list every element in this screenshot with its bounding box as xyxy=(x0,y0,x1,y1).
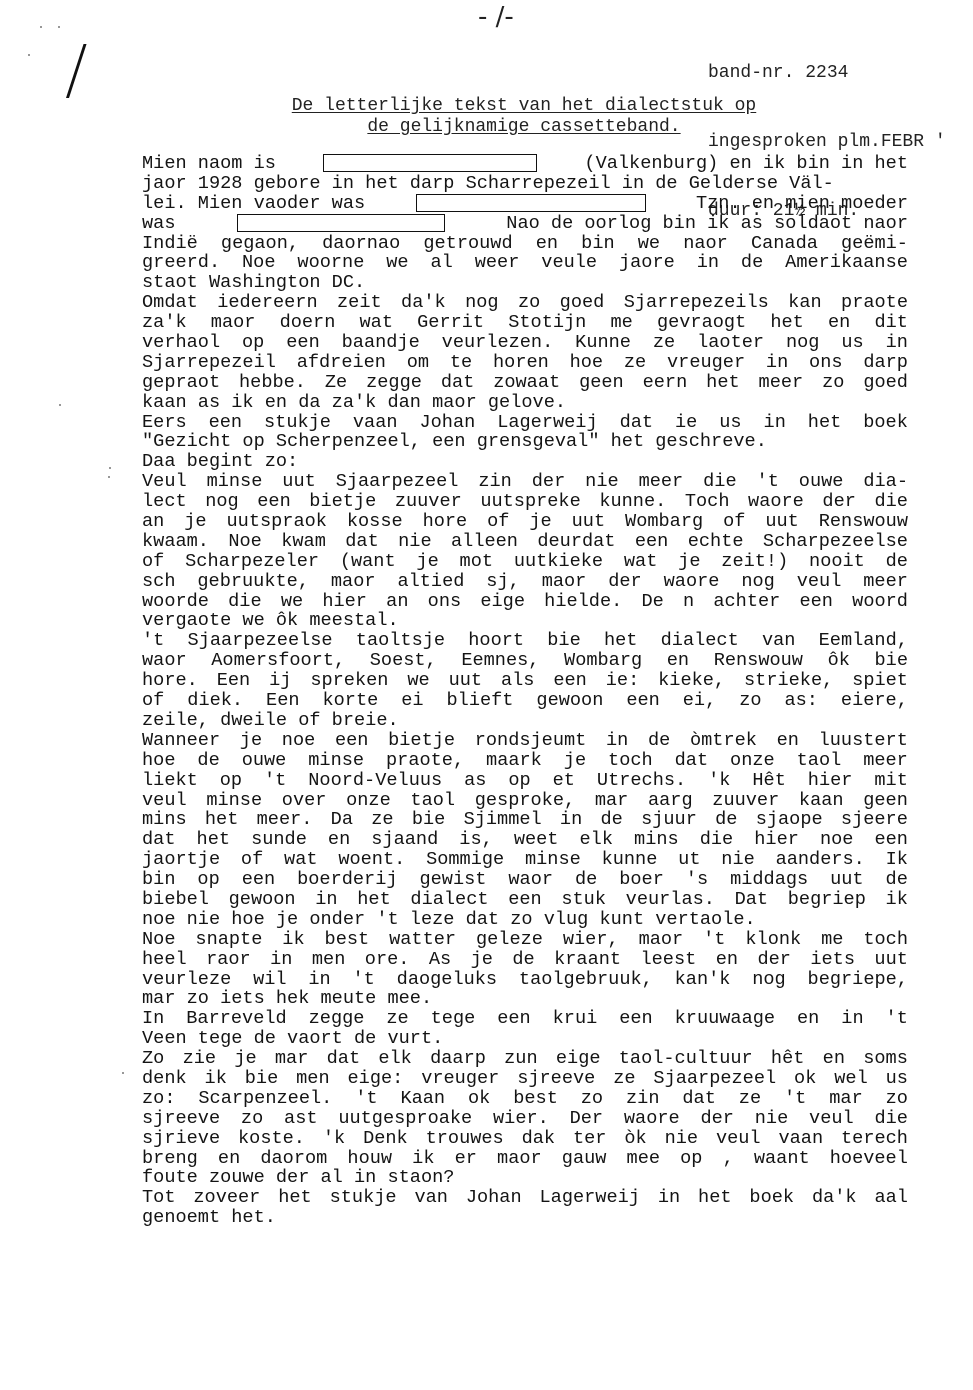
word: naor xyxy=(683,234,728,254)
word: en xyxy=(328,830,350,850)
word: het xyxy=(604,631,637,651)
word: gesproke, xyxy=(475,791,575,811)
word: hêt xyxy=(771,1049,804,1069)
word: vaan xyxy=(778,1129,823,1149)
word: je xyxy=(234,1049,256,1069)
word: koste. xyxy=(238,1129,305,1149)
word: een xyxy=(553,671,586,691)
word: eige: xyxy=(348,1069,404,1089)
word: hier xyxy=(322,592,367,612)
intro-text: Nao de oorlog bin ik as soldaot naor xyxy=(506,214,908,234)
intro-line-4: was Nao de oorlog bin ik as soldaot naor xyxy=(142,214,908,234)
transcript-line: VeulminseuutSjaarpezeelzinderniemeerdie'… xyxy=(142,472,908,492)
word: eige xyxy=(480,592,525,612)
word: Stotijn xyxy=(508,313,586,333)
transcript-line: hoedeouweminsepraote,maarkjetochdatonzet… xyxy=(142,751,908,771)
word: achter xyxy=(713,592,780,612)
word: laoter xyxy=(697,333,764,353)
word: dat xyxy=(345,532,378,552)
transcript-line: veulminseoveronzetaolgesproke,maraargzuu… xyxy=(142,791,908,811)
word: de xyxy=(741,253,763,273)
word: wil xyxy=(253,970,286,990)
transcript-line: dathetsundeensjaandis,weetelkminsdiehier… xyxy=(142,830,908,850)
word: waore xyxy=(748,492,804,512)
word: echte xyxy=(688,532,744,552)
word: Hêt xyxy=(752,771,785,791)
word: mins xyxy=(142,810,187,830)
word: we xyxy=(281,592,303,612)
transcript-line: hore.Eenijsprekenweuutalseenie:kieke,str… xyxy=(142,671,908,691)
word: me xyxy=(610,313,632,333)
word: uutgesproake xyxy=(338,1109,472,1129)
word: en xyxy=(828,313,850,333)
word: uut xyxy=(830,870,863,890)
word: je xyxy=(529,512,551,532)
word: leest xyxy=(640,950,696,970)
word: over xyxy=(282,791,327,811)
word: ze xyxy=(613,1069,635,1089)
word: praote, xyxy=(386,751,464,771)
word: begriepe, xyxy=(808,970,908,990)
word: onze xyxy=(730,751,775,771)
word: hoe xyxy=(142,751,175,771)
word: Sjaarpezeel xyxy=(653,1069,776,1089)
word: an xyxy=(386,592,408,612)
word: een xyxy=(799,592,832,612)
transcript-line: Zoziejemardatelkdaarpzuneigetaol-cultuur… xyxy=(142,1049,908,1069)
word: bin xyxy=(581,234,614,254)
word: daogeluks xyxy=(397,970,497,990)
transcript-line: lectnogeenbietjezuuveruutsprekekunne.Toc… xyxy=(142,492,908,512)
transcript-line: Omdatiedereernzeitda'knogzogoedSjarrepez… xyxy=(142,293,908,313)
word: Noe xyxy=(242,253,275,273)
word: Wombarg xyxy=(625,512,703,532)
word: iets xyxy=(810,950,855,970)
word: veul xyxy=(797,572,842,592)
word: Wanneer xyxy=(142,731,220,751)
transcript-line: verhaolopeenbaandjeveurlezen.Kunnezelaot… xyxy=(142,333,908,353)
word: te xyxy=(450,353,472,373)
transcript-line: liektop'tNoord-VeluusasopetUtrechs.'kHêt… xyxy=(142,771,908,791)
word: doern xyxy=(280,313,336,333)
word: boerderij xyxy=(297,870,397,890)
word: waore xyxy=(624,1109,680,1129)
word: maor xyxy=(497,1149,542,1169)
word: hier xyxy=(754,830,799,850)
transcript-line: heelraorinmenore.Asjedekraantleestenderi… xyxy=(142,950,908,970)
word: gebruukte, xyxy=(197,572,309,592)
word: hielde. xyxy=(544,592,622,612)
word: mit xyxy=(874,771,907,791)
word: waore xyxy=(664,572,720,592)
word: in xyxy=(697,253,719,273)
word: weet xyxy=(514,830,559,850)
word: een xyxy=(626,691,659,711)
word: woent. xyxy=(338,850,405,870)
word: de xyxy=(197,751,219,771)
word: en xyxy=(716,950,738,970)
word: luustert xyxy=(819,731,908,751)
word: Gerrit xyxy=(417,313,484,333)
word: nog xyxy=(205,492,238,512)
word: 't xyxy=(353,970,375,990)
word: in xyxy=(270,950,292,970)
word: gepraot xyxy=(142,373,220,393)
word: daornao xyxy=(322,234,400,254)
word: hore. xyxy=(142,671,198,691)
word: zun xyxy=(504,1049,537,1069)
word: taol xyxy=(410,791,455,811)
word: Een xyxy=(217,671,250,691)
word: wat xyxy=(360,313,393,333)
word: zo xyxy=(886,1089,908,1109)
word: nog xyxy=(741,572,774,592)
word: kan'k xyxy=(675,970,731,990)
word: raor xyxy=(206,950,251,970)
word: noe xyxy=(282,731,315,751)
word: onze xyxy=(346,791,391,811)
word: liekt xyxy=(142,771,198,791)
word: baandje xyxy=(342,333,420,353)
word: vreuger xyxy=(421,1069,499,1089)
word: het xyxy=(698,1188,731,1208)
word: elk xyxy=(378,1049,411,1069)
word: ze xyxy=(371,810,393,830)
word: Sjaarpezeelse xyxy=(188,631,333,651)
word: terech xyxy=(841,1129,908,1149)
word: mee xyxy=(627,1149,660,1169)
word: sjeere xyxy=(841,810,908,830)
redacted-father-box xyxy=(416,194,646,212)
word: wat xyxy=(624,552,657,572)
scan-speck xyxy=(59,404,61,406)
word: Aomersfoort, xyxy=(211,651,345,671)
word: geëmi- xyxy=(841,234,908,254)
intro-line-1: Mien naom is (Valkenburg) en ik bin in h… xyxy=(142,154,908,174)
word: da'k xyxy=(812,1188,857,1208)
word: altied xyxy=(397,572,464,592)
transcript-line: biebelgewooninhetdialecteenstukveurlas.D… xyxy=(142,890,908,910)
word: òmtrek xyxy=(690,731,757,751)
word: of xyxy=(142,552,164,572)
word: zowaat xyxy=(493,373,560,393)
word: aal xyxy=(874,1188,907,1208)
word: je xyxy=(564,751,586,771)
word: nog xyxy=(786,333,819,353)
word: uut xyxy=(449,671,482,691)
word: het xyxy=(278,1188,311,1208)
word: za'k xyxy=(142,313,187,333)
intro-text: was xyxy=(142,214,175,234)
transcript-line: greerd.NoewoornewealweerveulejaoreindeAm… xyxy=(142,253,908,273)
word: Eemnes, xyxy=(461,651,539,671)
word: veule xyxy=(541,253,597,273)
word: dat xyxy=(142,830,175,850)
word: Sjarrepezeils xyxy=(624,293,769,313)
word: en xyxy=(218,1149,240,1169)
word: een xyxy=(874,830,907,850)
word: de xyxy=(715,810,737,830)
word: Sjarrepezeil xyxy=(142,353,276,373)
word: uutkieke xyxy=(514,552,603,572)
word: taol-cultuur xyxy=(619,1049,753,1069)
transcript-line: denkikbiemeneige:vreugersjreevezeSjaarpe… xyxy=(142,1069,908,1089)
word: nie xyxy=(398,532,431,552)
word: korte xyxy=(322,691,378,711)
word: een xyxy=(242,870,275,890)
word: begriep xyxy=(788,890,866,910)
transcript-line: schgebruukte,maoraltiedsj,maorderwaoreno… xyxy=(142,572,908,592)
word: dat xyxy=(620,413,653,433)
word: Scarpenzeel. xyxy=(198,1089,332,1109)
word: wier. xyxy=(493,1109,549,1129)
transcript-line: 'tSjaarpezeelsetaoltsjehoortbiehetdialec… xyxy=(142,631,908,651)
word: je xyxy=(184,512,206,532)
word: veul xyxy=(716,1129,761,1149)
word: in xyxy=(308,970,330,990)
word: zie xyxy=(183,1049,216,1069)
band-number: band-nr. 2234 xyxy=(708,62,946,85)
word: uutspraok xyxy=(227,512,327,532)
word: je xyxy=(416,552,438,572)
word: het xyxy=(706,373,739,393)
transcript-line: jaortjeofwatwoent.Sommigeminsekunneutnie… xyxy=(142,850,908,870)
word: dat xyxy=(675,751,708,771)
word: watter xyxy=(389,930,456,950)
word: minse xyxy=(206,791,262,811)
word: wat xyxy=(284,850,317,870)
word: uut xyxy=(572,512,605,532)
word: op xyxy=(242,333,264,353)
word: hoeveel xyxy=(830,1149,908,1169)
word: In xyxy=(142,1009,164,1029)
word: toch xyxy=(608,751,653,771)
word: sjaand xyxy=(371,830,438,850)
word: Utrechs. xyxy=(597,771,686,791)
word: er xyxy=(455,1149,477,1169)
word: greerd. xyxy=(142,253,220,273)
word: mins xyxy=(634,830,679,850)
word: Denk xyxy=(363,1129,408,1149)
word: zin xyxy=(478,472,511,492)
word: as xyxy=(464,771,486,791)
page-number: - /- xyxy=(478,2,514,32)
transcript-line: mar zo iets hek meute mee. xyxy=(142,989,908,1009)
word: kan xyxy=(788,293,821,313)
word: ik xyxy=(412,1149,434,1169)
word: woorne xyxy=(297,253,364,273)
word: kraant xyxy=(554,950,621,970)
word: we xyxy=(386,253,408,273)
word: en xyxy=(667,651,689,671)
word: Noe xyxy=(142,930,175,950)
word: Lagerweij xyxy=(540,1188,640,1208)
word: je xyxy=(678,552,700,572)
word: Omdat xyxy=(142,293,198,313)
word: Scharpezeelse xyxy=(763,532,908,552)
word: wier, xyxy=(563,930,619,950)
transcript-line: InBarreveldzeggezetegeeenkruieenkruuwaag… xyxy=(142,1009,908,1029)
word: Tot xyxy=(142,1188,175,1208)
transcript-line: "Gezicht op Scherpenzeel, een grensgeval… xyxy=(142,432,908,452)
word: 't xyxy=(142,631,164,651)
word: dak xyxy=(522,1129,555,1149)
word: in xyxy=(560,810,582,830)
word: Ze xyxy=(325,373,347,393)
word: dit xyxy=(874,313,907,333)
word: us xyxy=(886,1069,908,1089)
transcript-line: vergaote we ôk meestal. xyxy=(142,611,908,631)
word: bietje xyxy=(309,492,376,512)
word: gegaon, xyxy=(221,234,299,254)
word: bie xyxy=(547,631,580,651)
word: mar xyxy=(829,1089,862,1109)
transcript-body: Mien naom is (Valkenburg) en ik bin in h… xyxy=(142,154,908,1228)
word: zo xyxy=(241,1109,263,1129)
transcript-line: za'kmaordoernwatGerritStotijnmegevraogth… xyxy=(142,313,908,333)
word: ik xyxy=(886,890,908,910)
word: gauw xyxy=(562,1149,607,1169)
intro-text: (Valkenburg) en ik bin in het xyxy=(584,154,908,174)
word: me xyxy=(821,930,843,950)
word: praote xyxy=(841,293,908,313)
word: de xyxy=(601,810,623,830)
transcript-line: sjrievekoste.'kDenktrouwesdakteròknieveu… xyxy=(142,1129,908,1149)
word: blieft xyxy=(447,691,514,711)
transcript-line: Noesnapteikbestwattergelezewier,maor'tkl… xyxy=(142,930,908,950)
transcript-line: zeile, dweile of breie. xyxy=(142,711,908,731)
scan-speck xyxy=(109,467,111,469)
word: maor xyxy=(639,930,684,950)
word: nog xyxy=(465,293,498,313)
word: geen xyxy=(863,791,908,811)
word: biebel xyxy=(142,890,209,910)
word: meer xyxy=(759,373,804,393)
word: maark xyxy=(486,751,542,771)
word: die xyxy=(874,1109,907,1129)
redacted-mother-box xyxy=(237,214,445,232)
transcript-line: TotzoveerhetstukjevanJohanLagerweijinhet… xyxy=(142,1188,908,1208)
word: die xyxy=(700,830,733,850)
word: boer xyxy=(619,870,664,890)
word: veurlezen. xyxy=(442,333,554,353)
word: gevraogt xyxy=(657,313,746,333)
word: of xyxy=(723,512,745,532)
word: goed xyxy=(560,293,605,313)
word: hore xyxy=(423,512,468,532)
word: toch xyxy=(863,930,908,950)
word: ie xyxy=(675,413,697,433)
word: Kaan xyxy=(400,1089,445,1109)
word: soms xyxy=(863,1049,908,1069)
word: Sjaarpezeel xyxy=(336,472,459,492)
word: maor xyxy=(331,572,376,592)
word: ore. xyxy=(365,950,410,970)
word: darp xyxy=(863,353,908,373)
word: een xyxy=(335,731,368,751)
word: boek xyxy=(863,413,908,433)
word: je xyxy=(471,950,493,970)
word: 't xyxy=(886,1009,908,1029)
word: ons xyxy=(428,592,461,612)
word: zeit xyxy=(337,293,382,313)
word: veurleze xyxy=(142,970,231,990)
word: et xyxy=(553,771,575,791)
word: ôk xyxy=(828,651,850,671)
word: sj, xyxy=(486,572,519,592)
heading-line-2: de gelijknamige cassetteband. xyxy=(367,117,680,137)
handwritten-slash-mark xyxy=(66,44,87,98)
word: verhaol xyxy=(142,333,220,353)
word: an xyxy=(142,512,164,532)
word: gewoon xyxy=(536,691,603,711)
word: Eemland, xyxy=(819,631,908,651)
word: houw xyxy=(347,1149,392,1169)
word: bietje xyxy=(388,731,455,751)
word: daorom xyxy=(260,1149,327,1169)
word: meer xyxy=(863,751,908,771)
word: deurdat xyxy=(537,532,615,552)
word: van xyxy=(762,631,795,651)
transcript-line: kwaam.Noekwamdatniealleendeurdateenechte… xyxy=(142,532,908,552)
word: de xyxy=(648,731,670,751)
word: minse xyxy=(308,751,364,771)
word: kunne. xyxy=(599,492,666,512)
word: mot xyxy=(460,552,493,572)
word: zin xyxy=(626,1089,659,1109)
transcript-line: foute zouwe der al in staon? xyxy=(142,1168,908,1188)
word: veul xyxy=(809,1109,854,1129)
word: sjrieve xyxy=(142,1129,220,1149)
transcript-line: Wanneerjenoeeenbietjerondsjeumtindeòmtre… xyxy=(142,731,908,751)
word: rondsjeumt xyxy=(475,731,587,751)
word: nooit xyxy=(809,552,865,572)
word: diek. xyxy=(187,691,243,711)
word: zuuver xyxy=(712,791,779,811)
heading-line-1: De letterlijke tekst van het dialectstuk… xyxy=(292,96,756,116)
word: bin xyxy=(142,870,175,890)
word: As xyxy=(429,950,451,970)
word: woorde xyxy=(142,592,209,612)
word: ik xyxy=(282,930,304,950)
word: ze xyxy=(386,1009,408,1029)
word: ter xyxy=(573,1129,606,1149)
word: men xyxy=(312,950,345,970)
transcript-line: minshetmeer.DazebieSjimmelindesjuurdesja… xyxy=(142,810,908,830)
transcript-line: brengendaoromhouwikermaorgauwmeeop,waant… xyxy=(142,1149,908,1169)
word: horen xyxy=(493,353,549,373)
word: zeit!) xyxy=(721,552,788,572)
transcript-line: Veen tege de vaort de vurt. xyxy=(142,1029,908,1049)
word: breng xyxy=(142,1149,198,1169)
word: lect xyxy=(142,492,187,512)
word: Eers xyxy=(142,413,187,433)
word: maor xyxy=(542,572,587,592)
word: Barreveld xyxy=(186,1009,286,1029)
word: heel xyxy=(142,950,187,970)
word: kunne xyxy=(602,850,658,870)
word: weer xyxy=(475,253,520,273)
transcript-line: veurlezewilin'tdaogelukstaolgebruuk,kan'… xyxy=(142,970,908,990)
word: ei, xyxy=(683,691,716,711)
word: hebbe. xyxy=(239,373,306,393)
word: dia- xyxy=(863,472,908,492)
word: der xyxy=(608,572,641,592)
transcript-line: sjreevezoastuutgesproakewier.Derwaoreder… xyxy=(142,1109,908,1129)
word: ze xyxy=(653,333,675,353)
word: nie xyxy=(721,850,754,870)
word: Wombarg xyxy=(564,651,642,671)
